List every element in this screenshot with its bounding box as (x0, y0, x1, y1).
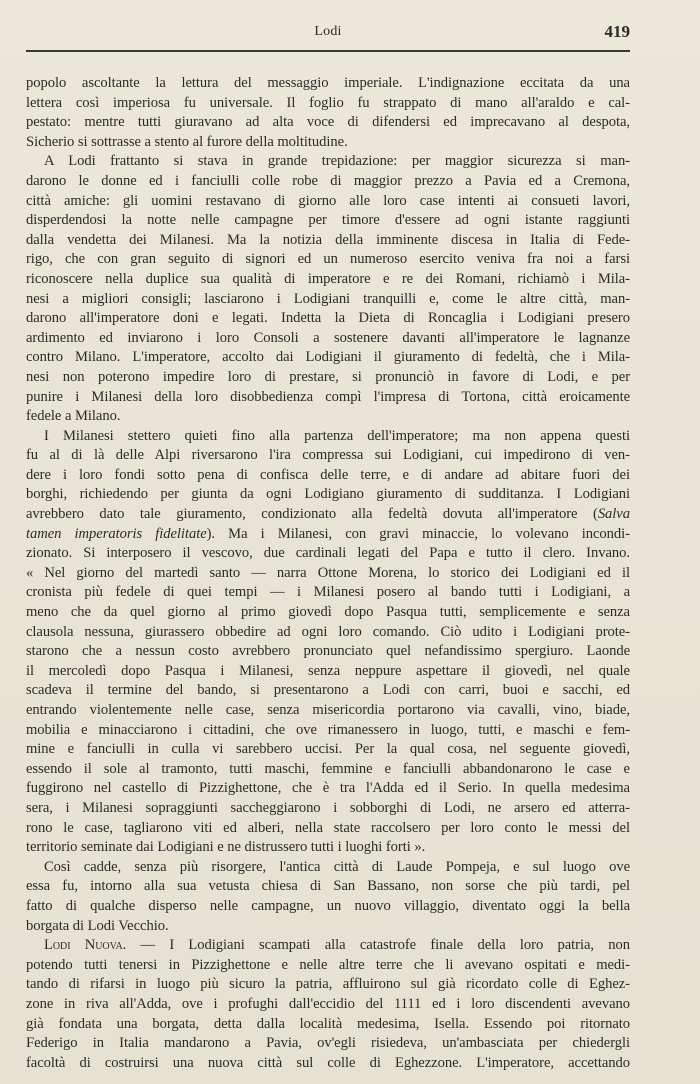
section-heading: Lodi Nuova. (44, 937, 126, 953)
section-start-line: Lodi Nuova. — I Lodigiani scampati alla … (26, 936, 630, 956)
paragraph-start-line: A Lodi frattanto si stava in grande trep… (26, 152, 630, 172)
text-line: essendo il sole al tramonto, tutti masch… (26, 760, 630, 780)
text-line: entrando violentemente nelle case, senza… (26, 701, 630, 721)
text-line: borghi, richiedendo per giunta da ogni L… (26, 485, 630, 505)
text-line: nesi non poterono impedire loro di prest… (26, 368, 630, 388)
text-line: cronista più fedele di quei tempi — i Mi… (26, 583, 630, 603)
text-line: ardimento ed inviarono i loro Consoli a … (26, 329, 630, 349)
text-segment: avrebbero dato tale giuramento, condizio… (26, 506, 598, 522)
quotation-line: « Nel giorno del martedì santo — narra O… (26, 564, 630, 584)
text-line: mobilia e minacciarono i cittadini, che … (26, 721, 630, 741)
text-line: popolo ascoltante la lettura del messagg… (26, 74, 630, 94)
text-line: starono che a nessun costo avrebbero pro… (26, 642, 630, 662)
text-line: darono all'imperatore doni e legati. Ind… (26, 309, 630, 329)
text-line: rono le case, tagliarono viti ed alberi,… (26, 819, 630, 839)
running-title: Lodi (26, 24, 630, 40)
text-line: pestato: mentre tutti giuravano ad alta … (26, 113, 630, 133)
text-line: territorio seminate dai Lodigiani e ne d… (26, 838, 630, 858)
text-line: dere i loro fondi sotto pena di confisca… (26, 466, 630, 486)
text-segment: ). Ma i Milanesi, con gravi minaccie, lo… (207, 526, 630, 542)
text-line: punire i Milanesi della loro disobbedien… (26, 388, 630, 408)
header-rule (26, 50, 630, 52)
text-line: mine e fanciulli in culla vi sarebbero u… (26, 740, 630, 760)
book-page: Lodi 419 popolo ascoltante la lettura de… (0, 0, 700, 1084)
text-line: Sicherio si sottrasse a stento al furore… (26, 133, 630, 153)
text-line: rigo, che con gran seguito di signori ed… (26, 250, 630, 270)
text-line-with-latin: tamen imperatoris fidelitate). Ma i Mila… (26, 525, 630, 545)
latin-phrase: tamen imperatoris fidelitate (26, 526, 207, 542)
text-line: fuggirono nel castello di Pizzighettone,… (26, 779, 630, 799)
text-line: meno che da quel giorno al primo giovedì… (26, 603, 630, 623)
text-line: potendo tutti tenersi in Pizzighettone e… (26, 956, 630, 976)
text-line: clausola nessuna, giurassero obbedire ad… (26, 623, 630, 643)
text-line: fatto di qualche disperso nelle campagne… (26, 897, 630, 917)
paragraph-start-line: Così cadde, senza più risorgere, l'antic… (26, 858, 630, 878)
page-number: 419 (605, 22, 631, 42)
text-line: riconoscere nella duplice sua qualità di… (26, 270, 630, 290)
text-line: zionato. Si interposero il vescovo, due … (26, 544, 630, 564)
text-line: tando di rifarsi in luogo più sicuro la … (26, 975, 630, 995)
text-line: fedele a Milano. (26, 407, 630, 427)
text-line: fu al di là delle Alpi riversarono l'ira… (26, 446, 630, 466)
text-line: sera, i Milanesi sopraggiunti saccheggia… (26, 799, 630, 819)
text-line: città amiche: gli uomini restavano di gi… (26, 192, 630, 212)
text-line: nesi a migliori consigli; lasciarono i L… (26, 290, 630, 310)
text-line: disperdendosi la notte nelle campagne pe… (26, 211, 630, 231)
text-line: Federigo in Italia mandarono a Pavia, ov… (26, 1034, 630, 1054)
text-line-with-latin: avrebbero dato tale giuramento, condizio… (26, 505, 630, 525)
text-segment: — I Lodigiani scampati alla catastrofe f… (126, 937, 630, 953)
body-text: popolo ascoltante la lettura del messagg… (26, 74, 630, 1073)
text-line: scadeva il termine del bando, si present… (26, 681, 630, 701)
text-line: lettera così imperiosa fu universale. Il… (26, 94, 630, 114)
text-line: dalla vendetta dei Milanesi. Ma la notiz… (26, 231, 630, 251)
running-head: Lodi 419 (26, 22, 630, 44)
text-line: borgata di Lodi Vecchio. (26, 917, 630, 937)
text-line: già fondata una borgata, detta dalla loc… (26, 1015, 630, 1035)
text-line: il mercoledì dopo Pasqua i Milanesi, sen… (26, 662, 630, 682)
text-line: facoltà di costruirsi una nuova città su… (26, 1054, 630, 1074)
text-line: contro Milano. L'imperatore, accolto dai… (26, 348, 630, 368)
paragraph-start-line: I Milanesi stettero quieti fino alla par… (26, 427, 630, 447)
text-line: essa fu, intorno alla sua vetusta chiesa… (26, 877, 630, 897)
text-line: zone in riva all'Adda, ove i profughi da… (26, 995, 630, 1015)
latin-phrase: Salva (598, 506, 630, 522)
text-line: darono le donne ed i fanciulli colle rob… (26, 172, 630, 192)
